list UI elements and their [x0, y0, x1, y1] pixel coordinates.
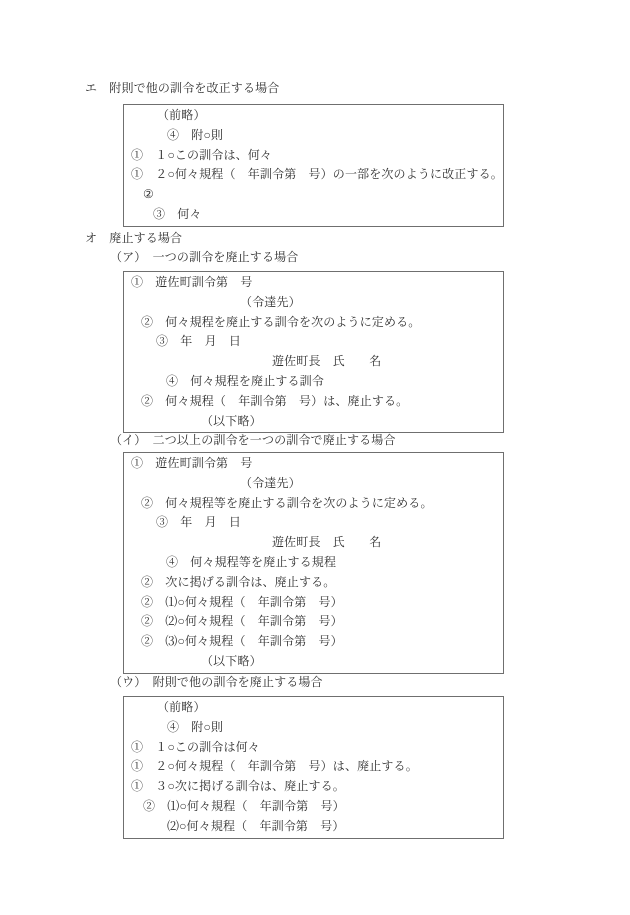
example-text-line: ③ 何々: [124, 205, 503, 225]
example-text-line: ① ３○次に掲げる訓令は、廃止する。: [124, 777, 503, 797]
example-text-line: ③ 年 月 日: [124, 513, 503, 533]
example-text-line: ② 何々規程（ 年訓令第 号）は、廃止する。: [124, 392, 503, 412]
example-box-repeal-single: ① 遊佐町訓令第 号（令達先）② 何々規程を廃止する訓令を次のように定める。③ …: [123, 271, 504, 433]
example-text-line: （以下略）: [124, 412, 503, 432]
example-text-line: ① １○この訓令は何々: [124, 738, 503, 758]
example-text-line: （前略）: [124, 106, 503, 126]
example-text-line: （前略）: [124, 698, 503, 718]
example-box-repeal-multiple: ① 遊佐町訓令第 号（令達先）② 何々規程等を廃止する訓令を次のように定める。③…: [123, 452, 504, 674]
example-text-line: ② 次に掲げる訓令は、廃止する。: [124, 573, 503, 593]
example-text-line: ② ⑴○何々規程（ 年訓令第 号）: [124, 593, 503, 613]
example-text-line: ② 何々規程を廃止する訓令を次のように定める。: [124, 313, 503, 333]
example-text-line: ④ 附○則: [124, 718, 503, 738]
example-text-line: 遊佐町長 氏 名: [124, 533, 503, 553]
heading-sub-a-repeal-single: （ア） 一つの訓令を廃止する場合: [110, 248, 298, 268]
example-text-line: ④ 附○則: [124, 126, 503, 146]
document-page: エ 附則で他の訓令を改正する場合オ 廃止する場合（ア） 一つの訓令を廃止する場合…: [0, 0, 630, 915]
example-text-line: ① １○この訓令は、何々: [124, 146, 503, 166]
example-text-line: ⑵○何々規程（ 年訓令第 号）: [124, 817, 503, 837]
example-text-line: ① 遊佐町訓令第 号: [124, 273, 503, 293]
example-text-line: ④ 何々規程等を廃止する規程: [124, 553, 503, 573]
example-text-line: ① ２○何々規程（ 年訓令第 号）の一部を次のように改正する。: [124, 165, 503, 185]
example-text-line: （令達先）: [124, 293, 503, 313]
example-text-line: ④ 何々規程を廃止する訓令: [124, 372, 503, 392]
heading-item-e-amend-by-appendix: エ 附則で他の訓令を改正する場合: [85, 79, 279, 99]
example-box-repeal-by-appendix: （前略）④ 附○則① １○この訓令は何々① ２○何々規程（ 年訓令第 号）は、廃…: [123, 696, 504, 839]
example-box-amend-by-appendix: （前略）④ 附○則① １○この訓令は、何々① ２○何々規程（ 年訓令第 号）の一…: [123, 104, 504, 227]
example-text-line: （以下略）: [124, 652, 503, 672]
example-text-line: ② ⑶○何々規程（ 年訓令第 号）: [124, 632, 503, 652]
example-text-line: 遊佐町長 氏 名: [124, 352, 503, 372]
example-text-line: （令達先）: [124, 474, 503, 494]
example-text-line: ③ 年 月 日: [124, 332, 503, 352]
example-text-line: ② ⑴○何々規程（ 年訓令第 号）: [124, 797, 503, 817]
example-text-line: ① 遊佐町訓令第 号: [124, 454, 503, 474]
example-text-line: ① ２○何々規程（ 年訓令第 号）は、廃止する。: [124, 757, 503, 777]
example-text-line: ②: [124, 185, 503, 205]
heading-item-o-repeal: オ 廃止する場合: [85, 229, 182, 249]
heading-sub-i-repeal-multiple: （イ） 二つ以上の訓令を一つの訓令で廃止する場合: [110, 431, 396, 451]
heading-sub-u-repeal-by-appendix: （ウ） 附則で他の訓令を廃止する場合: [110, 673, 323, 693]
example-text-line: ② 何々規程等を廃止する訓令を次のように定める。: [124, 494, 503, 514]
example-text-line: ② ⑵○何々規程（ 年訓令第 号）: [124, 612, 503, 632]
